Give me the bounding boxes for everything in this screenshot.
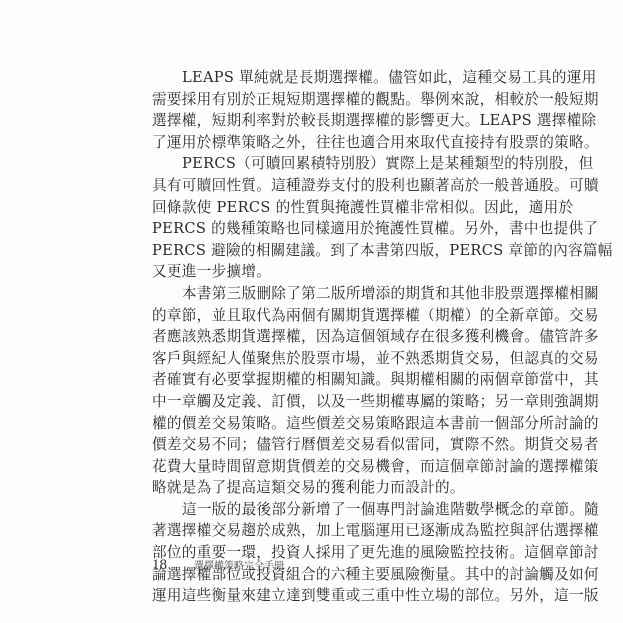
book-page: LEAPS 單純就是長期選擇權。儘管如此，這種交易工具的運用 需要採用有別於正規… [0, 0, 623, 623]
text-line: 回條款使 PERCS 的性質與掩護性買權非常相似。因此，適用於 [152, 197, 472, 219]
text-line: 本書第三版刪除了第二版所增添的期貨和其他非股票選擇權相關 [152, 283, 472, 305]
page-number: 18 [152, 557, 190, 574]
text-line: 運用這些衡量來建立達到雙重或三重中性立場的部位。另外，這一版 [152, 585, 472, 607]
text-line: 者應該熟悉期貨選擇權，因為這個領域存在很多獲利機會。儘管許多 [152, 326, 472, 348]
text-line: 花費大量時間留意期貨價差的交易機會，而這個章節討論的選擇權策 [152, 456, 472, 478]
text-line: LEAPS 單純就是長期選擇權。儘管如此，這種交易工具的運用 [152, 67, 472, 89]
text-line: 客戶與經紀人僅聚焦於股票市場，並不熟悉期貨交易，但認真的交易 [152, 348, 472, 370]
text-line: PERCS 的幾種策略也同樣適用於掩護性買權。另外，書中也提供了 [152, 218, 472, 240]
text-line: 的章節，並且取代為兩個有關期貨選擇權（期權）的全新章節。交易 [152, 305, 472, 327]
text-line: 選擇權，短期利率對於較長期選擇權的影響更大。LEAPS 選擇權除 [152, 110, 472, 132]
text-line: PERCS（可贖回累積特別股）實際上是某種類型的特別股，但 [152, 153, 472, 175]
text-line: 權的價差交易策略。這些價差交易策略跟這本書前一個部分所討論的 [152, 413, 472, 435]
page-footer: 18 選擇權策略完全手冊 [152, 556, 284, 574]
text-line: PERCS 避險的相關建議。到了本書第四版，PERCS 章節的內容篇幅 [152, 240, 472, 262]
text-line: 這一版的最後部分新增了一個專門討論進階數學概念的章節。隨 [152, 499, 472, 521]
text-line: 具有可贖回性質。這種證券支付的股利也顯著高於一般普通股。可贖 [152, 175, 472, 197]
running-title: 選擇權策略完全手冊 [194, 561, 284, 572]
text-line: 需要採用有別於正規短期選擇權的觀點。舉例來說，相較於一般短期 [152, 89, 472, 111]
text-line: 了運用於標準策略之外，往往也適合用來取代直接持有股票的策略。 [152, 132, 472, 154]
text-line: 又更進一步擴增。 [152, 261, 472, 283]
text-line: 者確實有必要掌握期權的相關知識。與期權相關的兩個章節當中，其 [152, 369, 472, 391]
text-line: 價差交易不同；儘管行曆價差交易看似雷同，實際不然。期貨交易者 [152, 434, 472, 456]
body-text: LEAPS 單純就是長期選擇權。儘管如此，這種交易工具的運用 需要採用有別於正規… [152, 67, 472, 607]
text-line: 中一章觸及定義、訂價，以及一些期權專屬的策略；另一章則強調期 [152, 391, 472, 413]
text-line: 著選擇權交易趨於成熟，加上電腦運用已逐漸成為監控與評估選擇權 [152, 520, 472, 542]
text-line: 略就是為了提高這類交易的獲利能力而設計的。 [152, 477, 472, 499]
